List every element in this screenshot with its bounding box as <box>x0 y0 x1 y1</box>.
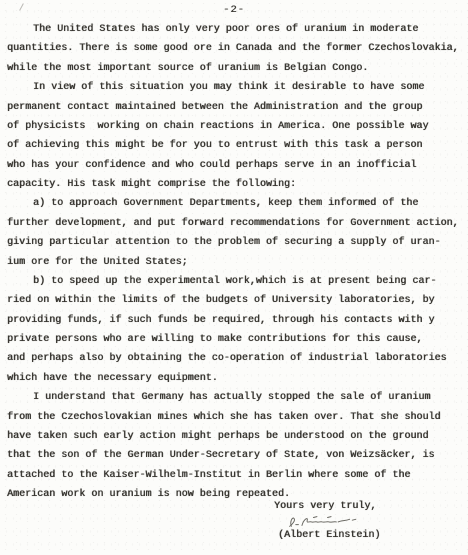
letter-line: further development, and put forward rec… <box>7 214 466 233</box>
letter-line: ried on within the limits of the budgets… <box>7 291 466 310</box>
letter-line: giving particular attention to the probl… <box>7 233 466 252</box>
letter-line: of physicists working on chain reactions… <box>7 117 466 136</box>
letter-line: permanent contact maintained between the… <box>7 98 466 117</box>
letter-line: The United States has only very poor ore… <box>7 20 466 39</box>
letter-line: have taken such early action might perha… <box>7 427 466 446</box>
letter-line: while the most important source of urani… <box>7 59 466 78</box>
letter-line: who has your confidence and who could pe… <box>7 156 466 175</box>
letter-line: b) to speed up the experimental work,whi… <box>7 272 466 291</box>
letter-line: providing funds, if such funds be requir… <box>7 311 466 330</box>
letter-page: -2- The United States has only very poor… <box>0 0 468 555</box>
letter-line: American work on uranium is now being re… <box>7 485 466 504</box>
letter-body: The United States has only very poor ore… <box>7 20 466 504</box>
letter-line: I understand that Germany has actually s… <box>7 388 466 407</box>
letter-line: a) to approach Government Departments, k… <box>7 194 466 213</box>
letter-line: and perhaps also by obtaining the co-ope… <box>7 349 466 368</box>
page-number: -2- <box>0 4 468 16</box>
signed-name: (Albert Einstein) <box>278 529 380 543</box>
letter-line: that the son of the German Under-Secreta… <box>7 446 466 465</box>
valediction: Yours very truly, <box>274 500 380 514</box>
closing-block: Yours very truly, (Albert Einstein) <box>274 500 380 543</box>
letter-line: of achieving this might be for you to en… <box>7 136 466 155</box>
letter-line: quantities. There is some good ore in Ca… <box>7 39 466 58</box>
letter-line: ium ore for the United States; <box>7 253 466 272</box>
signature <box>282 514 380 529</box>
letter-line: attached to the Kaiser-Wilhelm-Institut … <box>7 466 466 485</box>
letter-line: from the Czechoslovakian mines which she… <box>7 408 466 427</box>
letter-line: which have the necessary equipment. <box>7 369 466 388</box>
letter-line: capacity. His task might comprise the fo… <box>7 175 466 194</box>
letter-line: private persons who are willing to make … <box>7 330 466 349</box>
letter-line: In view of this situation you may think … <box>7 78 466 97</box>
signature-scribble <box>282 514 366 529</box>
